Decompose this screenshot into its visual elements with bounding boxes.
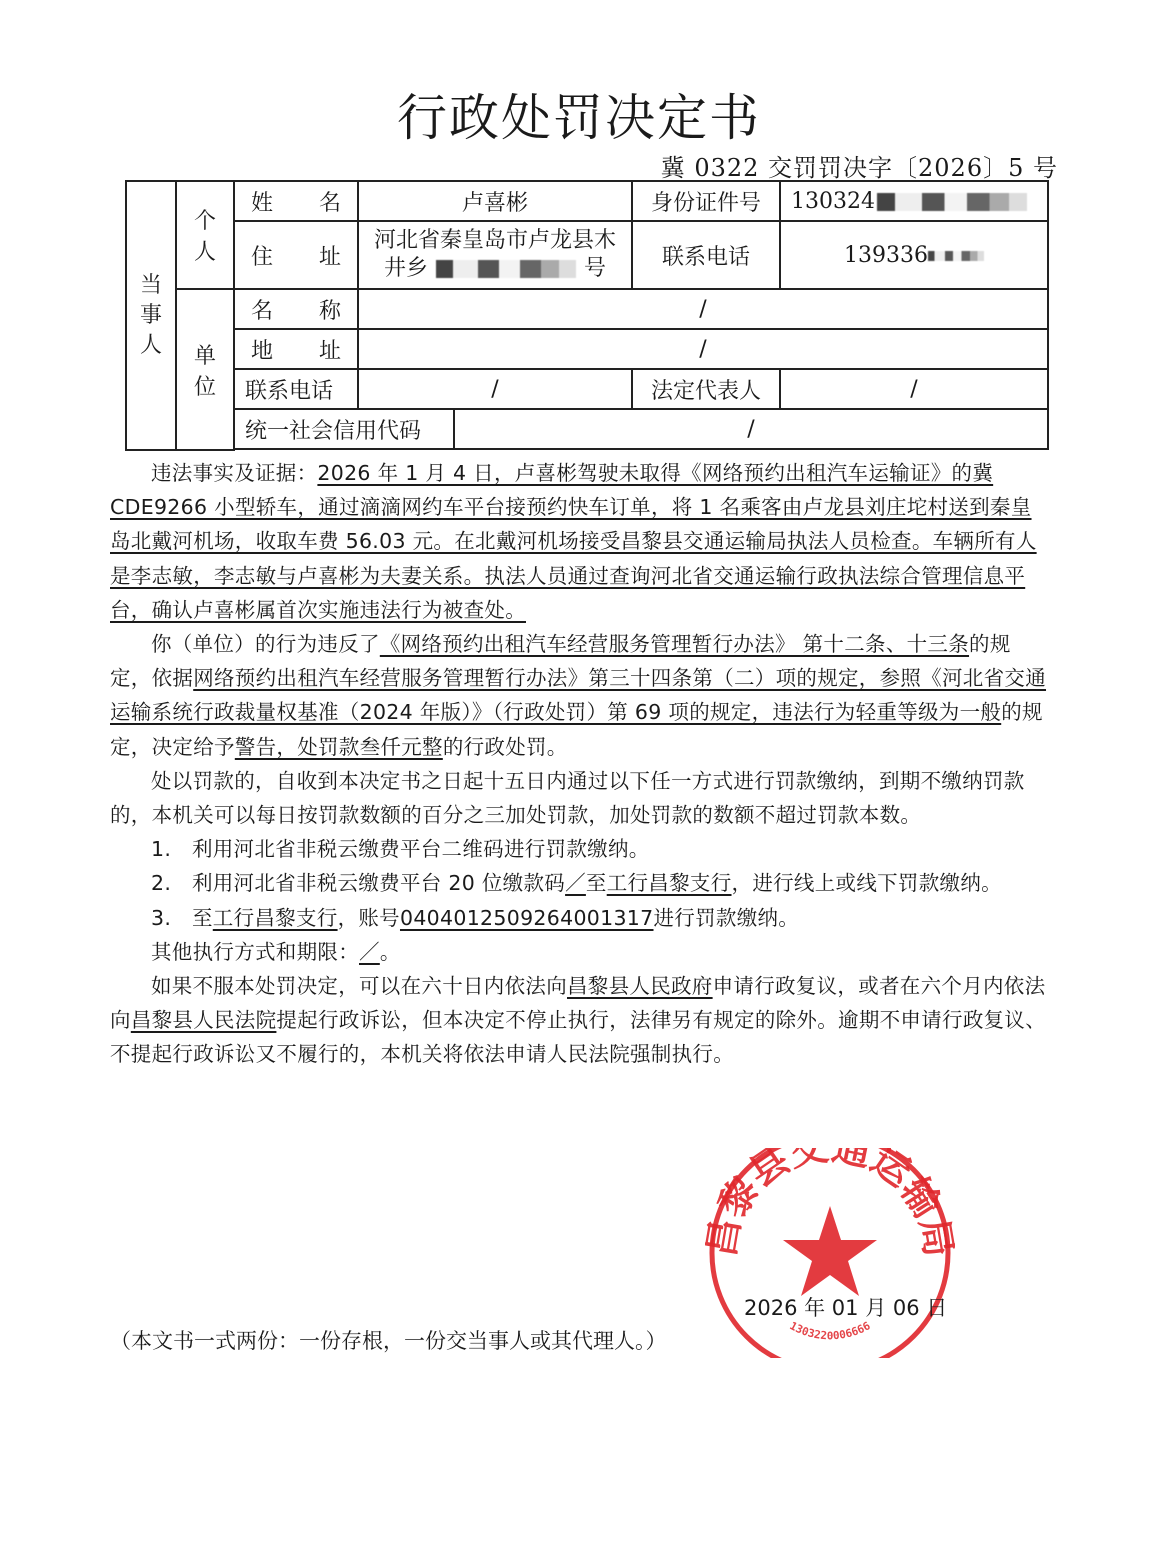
payment-method-1: 1. 利用河北省非税云缴费平台二维码进行罚款缴纳。 (110, 832, 1050, 866)
unit-label: 单位 (176, 289, 234, 450)
legal-rep-value: / (780, 369, 1048, 409)
bank-name: 工行昌黎支行 (213, 906, 338, 930)
issue-date: 2026 年 01 月 06 日 (744, 1292, 947, 1322)
unit-phone-label: 联系电话 (234, 369, 358, 409)
facts-paragraph: 违法事实及证据：2026 年 1 月 4 日，卢喜彬驾驶未取得《网络预约出租汽车… (110, 456, 1050, 627)
other-execution: 其他执行方式和期限：／。 (110, 935, 1050, 969)
name-value: 卢喜彬 (358, 181, 632, 221)
payment-method-3: 3. 至工行昌黎支行，账号0404012509264001317进行罚款缴纳。 (110, 901, 1050, 935)
redacted-block (928, 251, 984, 261)
address-label: 住址 (234, 221, 358, 289)
svg-text:1303220006666: 1303220006666 (788, 1319, 873, 1342)
individual-label: 个人 (176, 181, 234, 289)
redacted-block (877, 193, 1027, 211)
name-label: 姓名 (234, 181, 358, 221)
bank-account: 0404012509264001317 (400, 906, 654, 930)
legal-rep-label: 法定代表人 (632, 369, 780, 409)
document-body: 违法事实及证据：2026 年 1 月 4 日，卢喜彬驾驶未取得《网络预约出租汽车… (110, 456, 1050, 1072)
appeal-paragraph: 如果不服本处罚决定，可以在六十日内依法向昌黎县人民政府申请行政复议，或者在六个月… (110, 969, 1050, 1072)
document-title: 行政处罚决定书 (0, 78, 1158, 150)
facts-label: 违法事实及证据： (151, 461, 317, 485)
unit-name-label: 名称 (234, 289, 358, 329)
credit-code-value: / (454, 409, 1048, 449)
document-number: 冀 0322 交罚罚决字〔2026〕5 号 (661, 148, 1058, 183)
legal-basis: 网络预约出租汽车经营服务管理暂行办法》第三十四条第（二）项的规定，参照《河北省交… (110, 666, 1046, 724)
violated-law: 《网络预约出租汽车经营服务管理暂行办法》 第十二条、十三条 (380, 632, 969, 656)
credit-code-label: 统一社会信用代码 (234, 409, 454, 449)
party-info-table: 当事人 个人 姓名 卢喜彬 身份证件号 130324 住址 河北省秦皇岛市卢龙县… (125, 180, 1049, 451)
address-value: 河北省秦皇岛市卢龙县木 井乡号 (358, 221, 632, 289)
party-label: 当事人 (126, 181, 176, 450)
unit-address-value: / (358, 329, 1048, 369)
id-value: 130324 (780, 181, 1048, 221)
unit-name-value: / (358, 289, 1048, 329)
bank-name: 工行昌黎支行 (607, 871, 732, 895)
id-label: 身份证件号 (632, 181, 780, 221)
payment-method-2: 2. 利用河北省非税云缴费平台 20 位缴款码／至工行昌黎支行，进行线上或线下罚… (110, 866, 1050, 900)
facts-text: 2026 年 1 月 4 日，卢喜彬驾驶未取得《网络预约出租汽车运输证》的冀 C… (110, 461, 1037, 622)
official-seal-icon: 昌黎县交通运输局 1303220006666 (705, 1148, 955, 1358)
phone-value: 139336 (780, 221, 1048, 289)
court: 昌黎县人民法院 (131, 1008, 277, 1032)
phone-label: 联系电话 (632, 221, 780, 289)
penalty: 警告，处罚款叁仟元整 (235, 735, 443, 759)
payment-intro: 处以罚款的，自收到本决定书之日起十五日内通过以下任一方式进行罚款缴纳，到期不缴纳… (110, 764, 1050, 832)
redacted-block (436, 260, 576, 278)
unit-phone-value: / (358, 369, 632, 409)
review-authority: 昌黎县人民政府 (567, 974, 713, 998)
unit-address-label: 地址 (234, 329, 358, 369)
footnote: （本文书一式两份：一份存根，一份交当事人或其代理人。） (110, 1325, 667, 1355)
decision-paragraph: 你（单位）的行为违反了《网络预约出租汽车经营服务管理暂行办法》 第十二条、十三条… (110, 627, 1050, 764)
